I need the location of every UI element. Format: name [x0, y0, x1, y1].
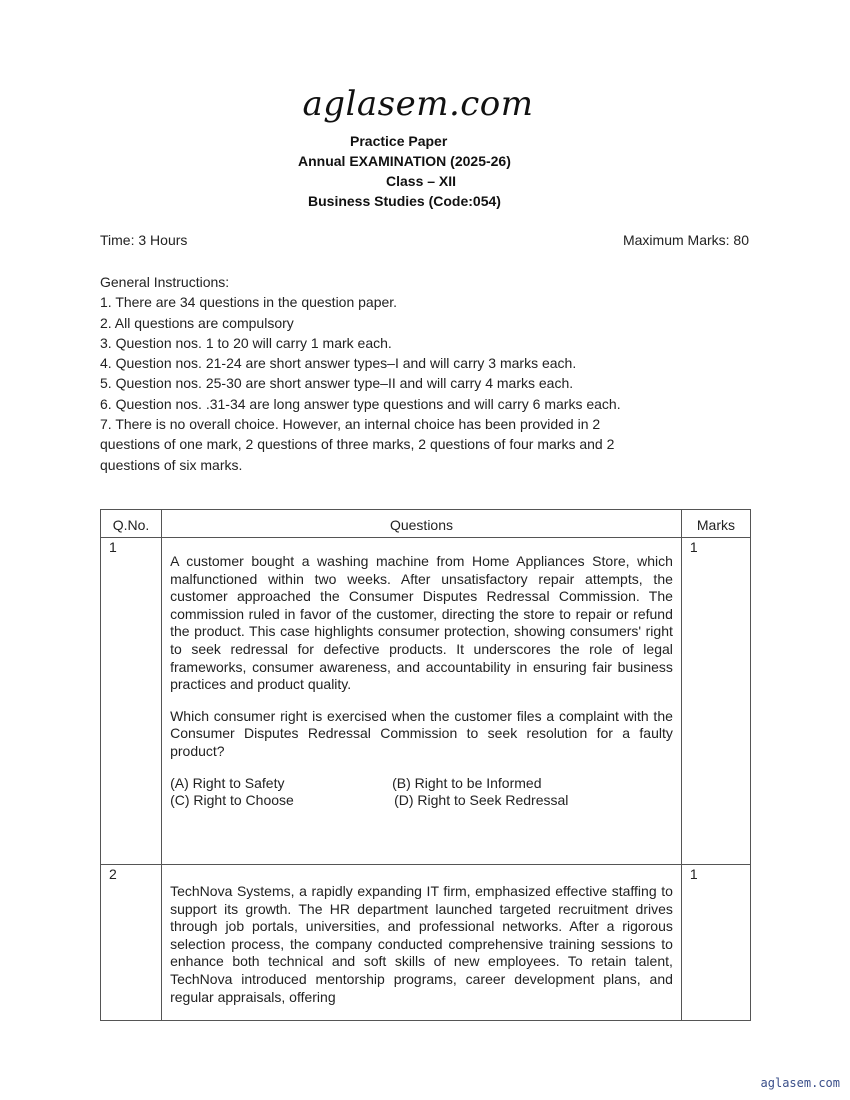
instruction-item: questions of one mark, 2 questions of th…	[100, 434, 760, 454]
instruction-item: 7. There is no overall choice. However, …	[100, 414, 760, 434]
question-number: 1	[101, 538, 162, 865]
max-marks-label: Maximum Marks: 80	[623, 232, 749, 248]
general-instructions: General Instructions: 1. There are 34 qu…	[100, 272, 760, 475]
question-stem: Which consumer right is exercised when t…	[170, 708, 673, 761]
header-marks: Marks	[681, 510, 750, 538]
option-b: (B) Right to be Informed	[392, 775, 673, 793]
option-d: (D) Right to Seek Redressal	[392, 792, 673, 810]
footer-watermark: aglasem.com	[761, 1076, 840, 1090]
option-c: (C) Right to Choose	[170, 792, 392, 810]
instructions-heading: General Instructions:	[100, 272, 760, 292]
header-qno: Q.No.	[101, 510, 162, 538]
instruction-item: 6. Question nos. .31-34 are long answer …	[100, 394, 760, 414]
subject-label: Business Studies (Code:054)	[308, 193, 501, 209]
question-passage: A customer bought a washing machine from…	[170, 553, 673, 694]
question-number: 2	[101, 865, 162, 1021]
instruction-item: 2. All questions are compulsory	[100, 313, 760, 333]
instruction-item: 1. There are 34 questions in the questio…	[100, 292, 760, 312]
instruction-item: 3. Question nos. 1 to 20 will carry 1 ma…	[100, 333, 760, 353]
site-logo: aglasem.com	[0, 84, 850, 124]
paper-type: Practice Paper	[350, 133, 447, 149]
instruction-item: 5. Question nos. 25-30 are short answer …	[100, 373, 760, 393]
question-marks: 1	[681, 538, 750, 865]
instruction-item: questions of six marks.	[100, 455, 760, 475]
questions-table: Q.No. Questions Marks 1 A customer bough…	[100, 509, 751, 1021]
question-cell: TechNova Systems, a rapidly expanding IT…	[162, 865, 682, 1021]
table-header-row: Q.No. Questions Marks	[101, 510, 751, 538]
question-cell: A customer bought a washing machine from…	[162, 538, 682, 865]
class-label: Class – XII	[386, 173, 456, 189]
question-marks: 1	[681, 865, 750, 1021]
option-a: (A) Right to Safety	[170, 775, 392, 793]
answer-options: (A) Right to Safety (B) Right to be Info…	[170, 775, 673, 810]
instruction-item: 4. Question nos. 21-24 are short answer …	[100, 353, 760, 373]
table-row: 1 A customer bought a washing machine fr…	[101, 538, 751, 865]
table-row: 2 TechNova Systems, a rapidly expanding …	[101, 865, 751, 1021]
time-label: Time: 3 Hours	[100, 232, 187, 248]
question-passage: TechNova Systems, a rapidly expanding IT…	[170, 883, 673, 1006]
exam-name: Annual EXAMINATION (2025-26)	[298, 153, 511, 169]
header-questions: Questions	[162, 510, 682, 538]
